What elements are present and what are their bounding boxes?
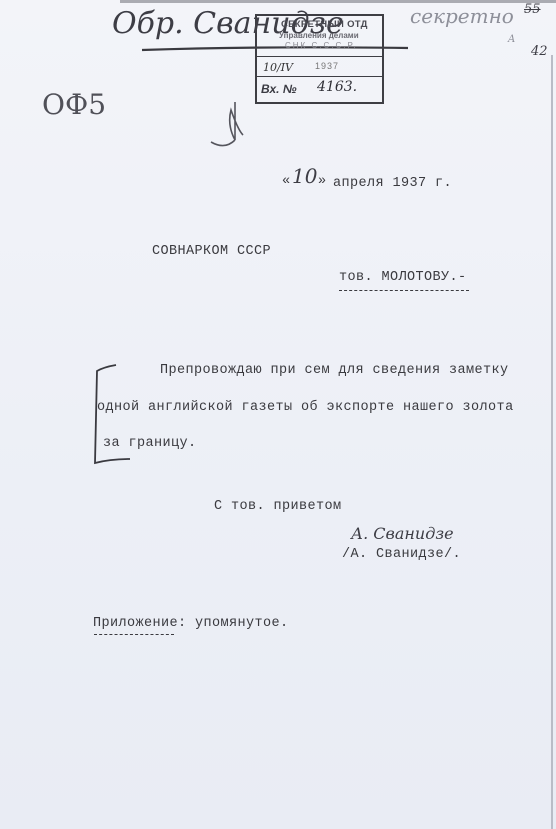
stamp-year: 1937	[315, 61, 339, 71]
document-page: Обр. Сванидзе СЕКРЕТНЫЙ ОТД Управления д…	[0, 0, 556, 829]
body-line-2: одной английской газеты об экспорте наше…	[97, 400, 514, 415]
page-top-edge	[120, 0, 556, 3]
date-day: 10	[292, 164, 317, 188]
addressee-person: тов. МОЛОТОВУ.-	[339, 270, 467, 285]
pencil-mark-a: A	[508, 34, 515, 45]
page-right-edge	[551, 55, 553, 829]
closing-text: С тов. приветом	[214, 499, 342, 514]
attachment-underline	[94, 634, 174, 635]
body-line-1: Препровождаю при сем для сведения заметк…	[160, 363, 509, 378]
body-line-3: за границу.	[103, 436, 197, 451]
signature-handwritten: А. Сванидзе	[351, 524, 454, 543]
margin-bracket	[92, 363, 142, 469]
attachment-note: Приложение: упомянутое.	[93, 616, 289, 631]
stamp-incoming-label: Вх. №	[261, 82, 297, 96]
date-rest: апреля 1937 г.	[333, 176, 452, 191]
sheet-number: 42	[531, 44, 548, 59]
pencil-note-secret: секретно	[410, 4, 514, 28]
addressee-organization: СОВНАРКОМ СССР	[152, 244, 271, 259]
stamp-org: СНК С.С.С.Р.	[285, 41, 357, 50]
addressee-underline	[339, 290, 469, 291]
margin-mark-of5: ОФ5	[42, 88, 106, 121]
date-quote-open: «	[282, 174, 291, 189]
signature-typed: /А. Сванидзе/.	[342, 547, 461, 562]
stamp-incoming-number: 4163.	[317, 79, 357, 95]
stamp-subtitle: Управления делами	[279, 31, 359, 40]
old-sheet-number: 55	[524, 2, 541, 17]
secret-department-stamp: СЕКРЕТНЫЙ ОТД Управления делами СНК С.С.…	[255, 14, 384, 104]
stamp-title: СЕКРЕТНЫЙ ОТД	[281, 19, 368, 30]
date-quote-close: »	[318, 174, 327, 189]
stamp-date: 10/IV	[263, 61, 293, 74]
initial-mark	[205, 100, 245, 155]
